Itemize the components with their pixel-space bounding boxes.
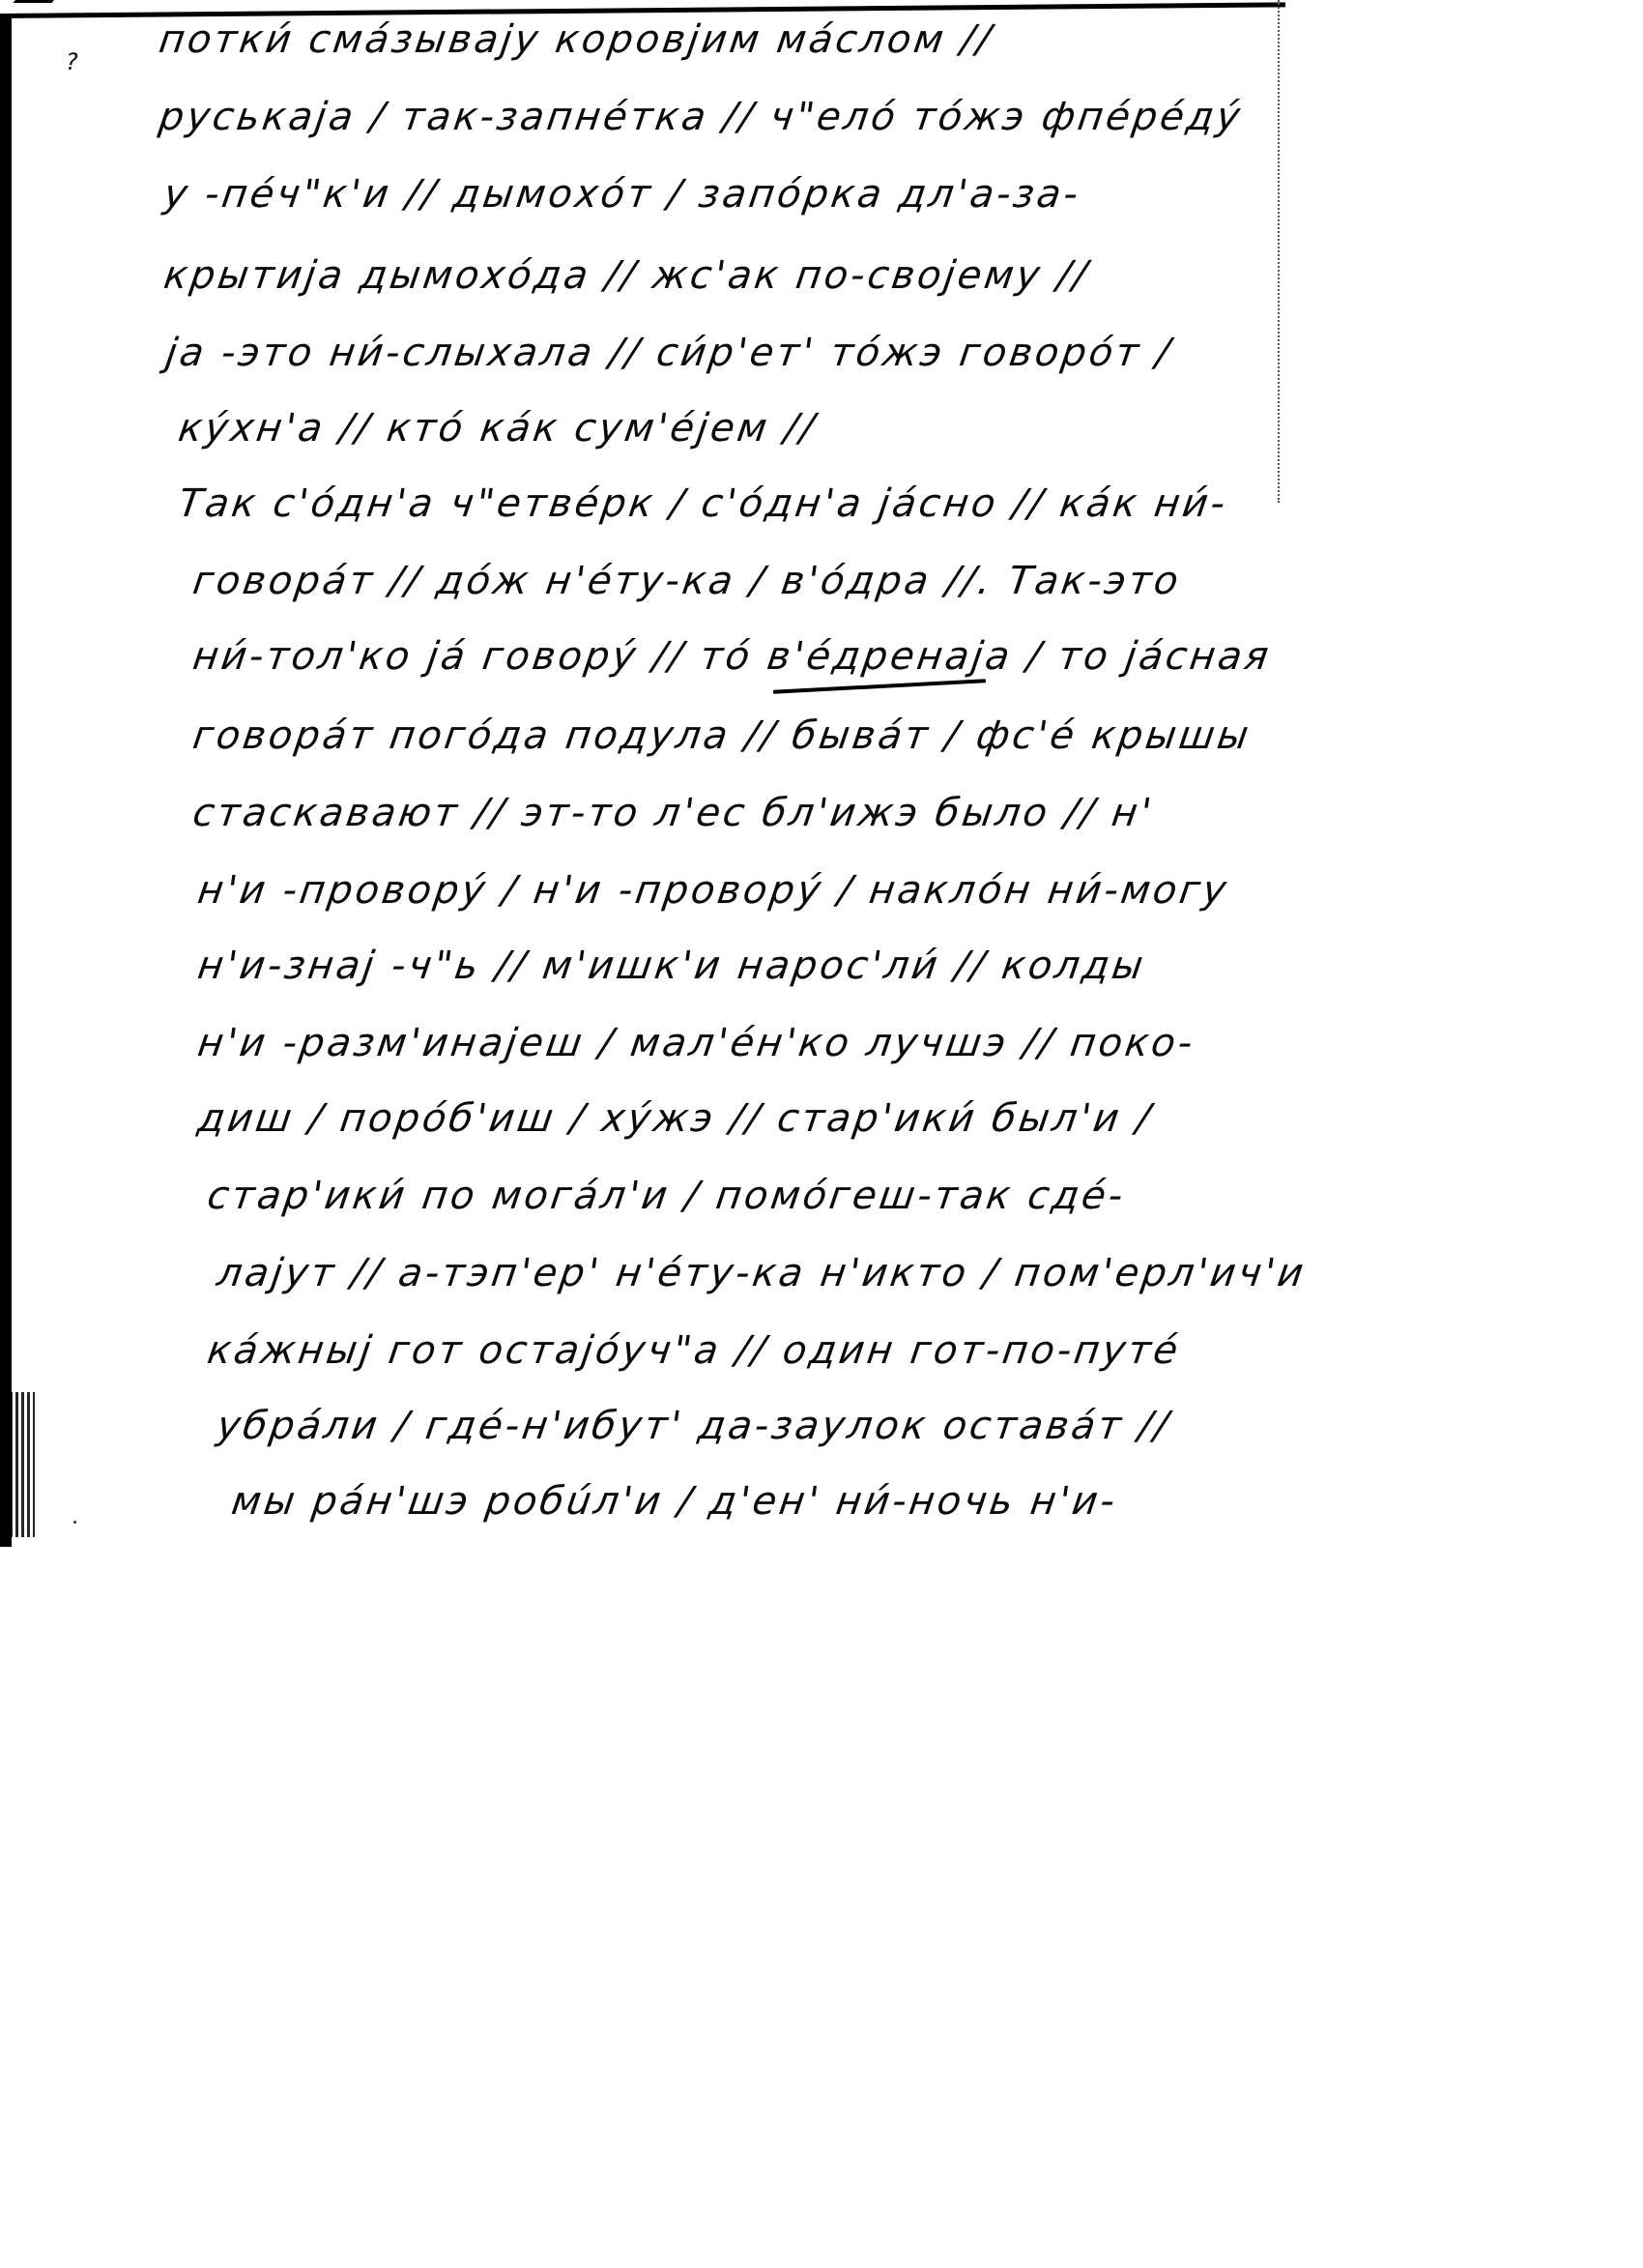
transcript-line: крытиjа дымохóда // жс'ак по-своjему // [161,253,1093,298]
transcript-line: н'и-знаj -ч"ь // м'ишк'и нарос'ли́ // ко… [195,944,1149,988]
transcript-line: ку́хн'а // кто́ кáк сум'éjем // [176,406,820,451]
transcript-line: руськаjа / так-запнéтка // ч"eло́ тóжэ ф… [157,95,1246,139]
transcript-line: убрáли / гдé-н'ибут' да-заулок оставáт /… [215,1404,1174,1448]
transcript-line: стаскавают // эт-то л'ес бл'ижэ было // … [190,791,1157,835]
underline-stroke [773,679,986,694]
transcript-line: у -пéч"к'и // дымохóт / запóрка дл'а-за- [161,172,1083,217]
scan-border-noise [10,1392,35,1537]
transcript-line: Так с'óдн'а ч"етвéрк / с'óдн'а jáсно // … [176,481,1231,526]
transcript-line: ни́-тол'ко já говору́ // тó в'éдренаjа /… [190,634,1274,679]
transcript-line: говорáт погóда подула // бывáт / фс'é кр… [190,713,1254,758]
page-right-fold-edge [1278,0,1280,503]
scan-speck [251,1508,254,1511]
transcript-line: н'и -проворý / н'и -проворý / наклóн ни́… [195,868,1232,913]
scan-left-border [0,17,12,1547]
transcript-line: мы рáн'шэ робúл'и / д'ен' ни́-ночь н'и- [229,1479,1120,1524]
scanned-page: ? потки́ смáзываjу коровjим мáслом // ру… [0,0,1643,2268]
transcript-line: кáжныj гот остаjóуч"а // один гот-по-пут… [205,1328,1184,1373]
transcript-line: диш / порóб'иш / хýжэ // стар'ики́ был'и… [195,1096,1156,1141]
transcript-line: говорáт // дóж н'éту-ка / в'óдра //. Так… [190,559,1184,603]
transcript-line: jа -это ни́-слыхала // си́р'ет' тóжэ гов… [163,331,1175,375]
transcript-line: н'и -разм'инаjеш / мал'éн'ко лучшэ // по… [195,1021,1198,1065]
scan-speck [73,1521,76,1524]
margin-question-mark: ? [66,48,78,75]
transcript-line: стар'ики́ по могáл'и / помóгеш-так сдé- [205,1174,1129,1218]
transcript-line: потки́ смáзываjу коровjим мáслом // [157,17,996,62]
transcript-line: лаjут // а-тэп'ер' н'éту-ка н'икто / пом… [215,1251,1310,1295]
page-top-edge [0,2,1285,18]
